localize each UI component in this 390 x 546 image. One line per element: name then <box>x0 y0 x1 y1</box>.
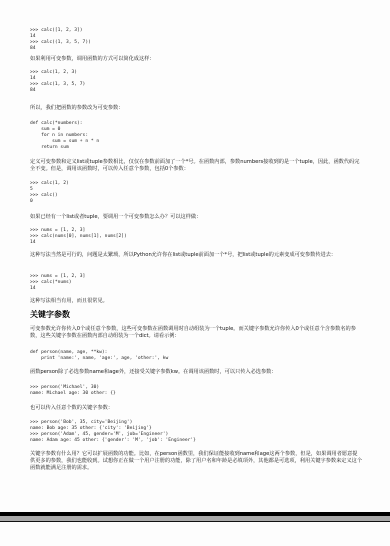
code-line: 14 <box>30 240 36 246</box>
code-line: return sum <box>30 145 69 151</box>
code-line: print 'name:', name, 'age:', age, 'other… <box>30 356 168 362</box>
paragraph: 也可以传入任意个数的关键字参数： <box>30 405 362 412</box>
code-line: >>> calc(1, 2) <box>30 181 69 187</box>
paragraph: 所以，我们把函数的参数改为可变参数： <box>30 105 362 112</box>
paragraph: 关键字参数有什么用？它可以扩展函数的功能。比如，在person函数里，我们保证能… <box>30 451 362 472</box>
code-line: >>> calc(*nums) <box>30 280 72 286</box>
code-line: >>> calc([1, 2, 3]) <box>30 28 83 34</box>
paragraph: 这种写法相当有用，而且很常见。 <box>30 298 362 305</box>
paragraph: 这种写法当然是可行的，问题是太繁琐，所以Python允许你在list或tuple… <box>30 252 362 259</box>
code-line: name: Michael age: 30 other: {} <box>30 391 116 397</box>
section-heading: 关键字参数 <box>30 310 70 320</box>
paragraph: 定义可变参数和定义list或tuple参数相比，仅仅在参数前面加了一个*号。在函… <box>30 159 362 173</box>
document-page: >>> calc([1, 2, 3]) 14 >>> calc((1, 3, 5… <box>0 0 390 546</box>
code-line: >>> calc(1, 3, 5, 7) <box>30 82 85 88</box>
code-line: >>> calc(1, 2, 3) <box>30 70 77 76</box>
paragraph: 如果利用可变参数，调用函数的方式可以简化成这样： <box>30 56 362 63</box>
code-line: 84 <box>30 88 36 94</box>
code-line: 0 <box>30 199 33 205</box>
code-line: 14 <box>30 286 36 292</box>
paragraph: 如果已经有一个list或者tuple，要调用一个可变参数怎么办？可以这样做： <box>30 214 362 221</box>
code-line: name: Adam age: 45 other: {'gender': 'M'… <box>30 438 196 444</box>
code-line: 84 <box>30 46 36 52</box>
paragraph: 可变参数允许你传入0个或任意个参数，这些可变参数在函数调用时自动组装为一个tup… <box>30 326 362 340</box>
code-line: >>> calc((1, 3, 5, 7)) <box>30 40 91 46</box>
paragraph: 函数person除了必选参数name和age外，还接受关键字参数kw。在调用该函… <box>30 369 362 376</box>
code-line: >>> calc() <box>30 193 58 199</box>
code-line: >>> calc(nums[0], nums[1], nums[2]) <box>30 234 127 240</box>
footer-rule-line <box>0 521 390 522</box>
